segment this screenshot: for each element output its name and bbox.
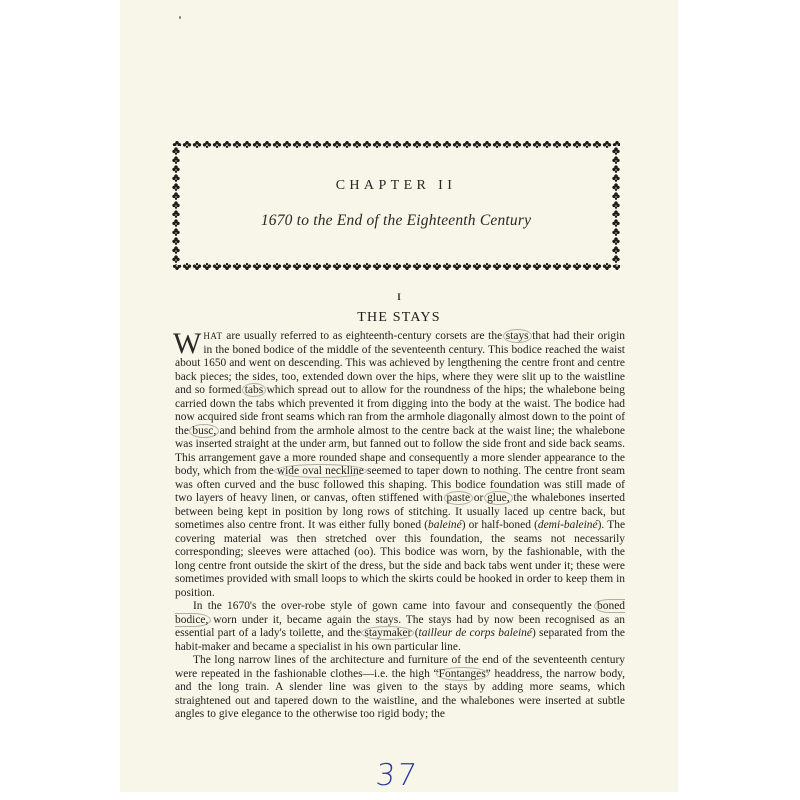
annotated-term: busc, [189, 424, 219, 438]
handwritten-page-number: 37 [374, 758, 420, 793]
ornamental-border-right [612, 146, 620, 265]
annotated-term: glue, [484, 491, 513, 505]
ornamental-border-top [172, 140, 620, 148]
annotated-term: paste [444, 491, 474, 505]
italic-term: baleiné [428, 519, 462, 531]
paragraph: The long narrow lines of the architectur… [175, 654, 625, 722]
chapter-label: CHAPTER II [172, 178, 620, 194]
ornamental-border-bottom [172, 263, 620, 271]
annotated-term: staymaker [361, 626, 414, 640]
paragraph: In the 1670's the over-robe style of gow… [175, 600, 625, 654]
paper-speck [179, 16, 181, 19]
annotated-term: Fontanges [436, 667, 489, 681]
text-run: ) or half-boned ( [462, 519, 538, 531]
chapter-heading-frame: CHAPTER II 1670 to the End of the Eighte… [172, 140, 620, 271]
annotated-term: wide oval neckline [274, 464, 367, 478]
annotated-term: stays [503, 329, 532, 343]
ornamental-border-left [172, 146, 180, 265]
text-run: ( [411, 627, 418, 639]
drop-cap: W [173, 332, 201, 356]
book-page: CHAPTER II 1670 to the End of the Eighte… [120, 0, 678, 792]
text-run: In the 1670's the over-robe style of gow… [193, 600, 597, 612]
chapter-title: 1670 to the End of the Eighteenth Centur… [172, 212, 620, 230]
italic-term: demi-baleiné [538, 519, 598, 531]
body-text: What are usually referred to as eighteen… [175, 330, 625, 722]
section-number: I [120, 292, 678, 302]
small-caps-lead: hat [203, 331, 222, 341]
section-title: THE STAYS [120, 310, 678, 326]
paragraph: What are usually referred to as eighteen… [175, 330, 625, 600]
text-run: are usually referred to as eighteenth-ce… [223, 330, 506, 342]
italic-term: tailleur de corps baleiné [419, 627, 532, 639]
